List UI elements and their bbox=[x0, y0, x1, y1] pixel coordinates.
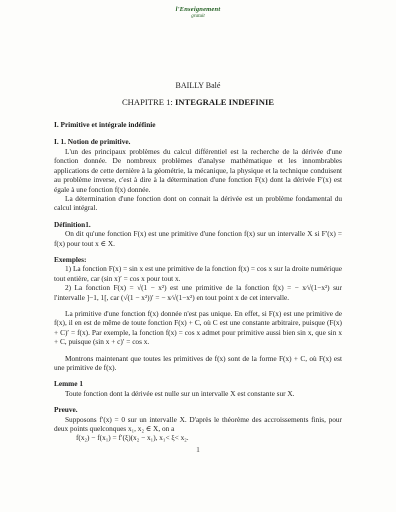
page-number: 1 bbox=[0, 445, 396, 454]
proof-body: Supposons f′(x) = 0 sur un intervalle X.… bbox=[54, 415, 342, 434]
publisher-logo-subtext: gratuit bbox=[0, 14, 396, 19]
examples-heading: Exemples: bbox=[54, 255, 342, 264]
chapter-heading: CHAPITRE 1: INTEGRALE INDEFINIE bbox=[0, 97, 396, 107]
chapter-title: INTEGRALE INDEFINIE bbox=[175, 97, 274, 107]
publisher-logo: l'Enseignement gratuit bbox=[0, 0, 396, 19]
example-1: 1) La fonction F(x) = sin x est une prim… bbox=[54, 264, 342, 283]
proof-heading: Preuve. bbox=[54, 405, 342, 414]
definition-body: On dit qu'une fonction F(x) est une prim… bbox=[54, 229, 342, 248]
paragraph-uniqueness: La primitive d'une fonction f(x) donnée … bbox=[54, 309, 342, 347]
lemma-body: Toute fonction dont la dérivée est nulle… bbox=[54, 389, 342, 398]
author-name: BAILLY Balé bbox=[0, 81, 396, 90]
document-page: l'Enseignement gratuit BAILLY Balé CHAPI… bbox=[0, 0, 396, 512]
subsection-heading: I. 1. Notion de primitive. bbox=[54, 137, 342, 146]
proof-formula: f(x₂) − f(x₁) = f′(ξ)(x₂ − x₁), x₁< ξ< x… bbox=[54, 433, 342, 442]
paragraph-intro: L'un des principaux problèmes du calcul … bbox=[54, 147, 342, 194]
paragraph-determination: La détermination d'une fonction dont on … bbox=[54, 194, 342, 213]
definition-heading: Définition1. bbox=[54, 220, 342, 229]
publisher-logo-text: l'Enseignement bbox=[0, 7, 396, 14]
lemma-heading: Lemme 1 bbox=[54, 379, 342, 388]
example-2: 2) La fonction F(x) = √(1 − x²) est une … bbox=[54, 283, 342, 302]
paragraph-montrons: Montrons maintenant que toutes les primi… bbox=[54, 354, 342, 373]
chapter-prefix: CHAPITRE 1: bbox=[122, 97, 175, 107]
document-body: I. Primitive et intégrale indéfinie I. 1… bbox=[0, 120, 396, 443]
section-heading: I. Primitive et intégrale indéfinie bbox=[54, 120, 342, 129]
